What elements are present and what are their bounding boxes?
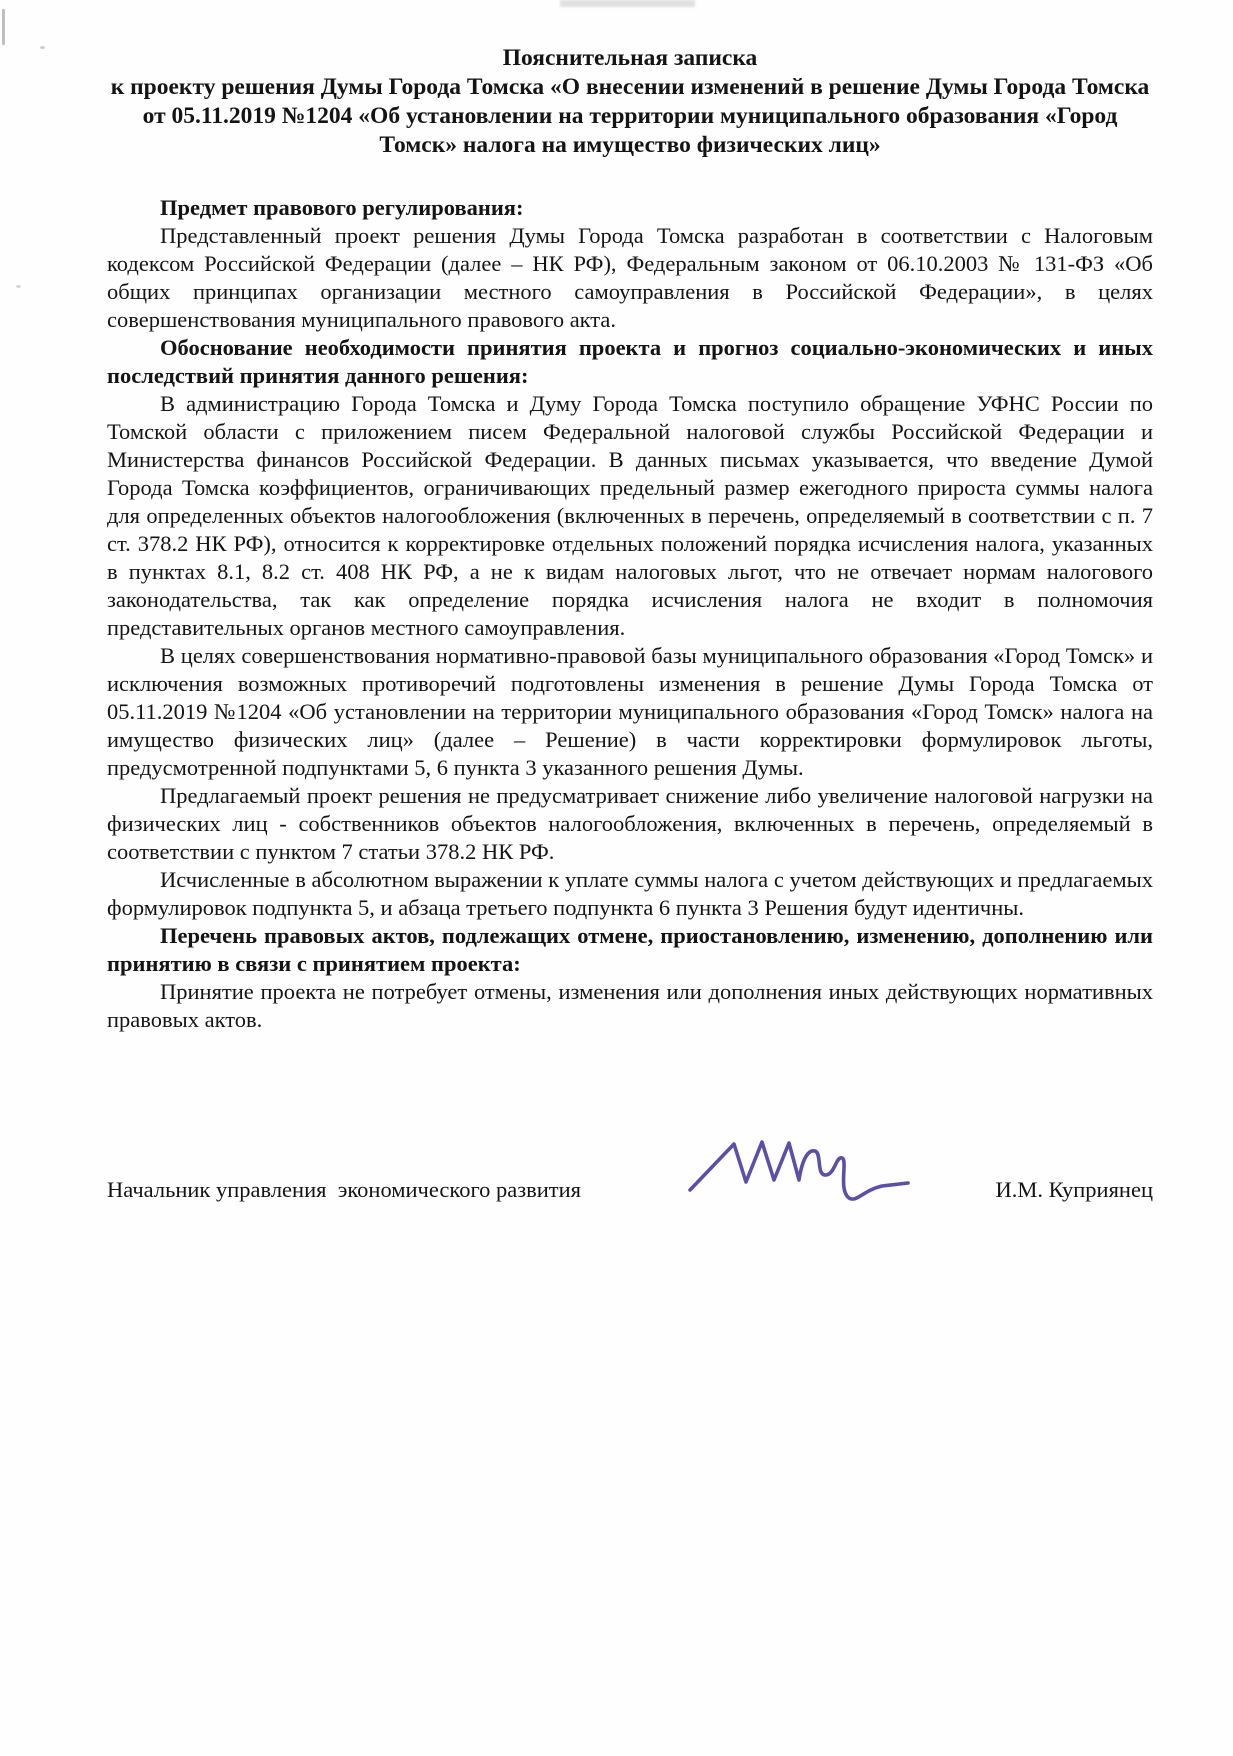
scan-artifact-edge-line [2,9,5,45]
section-heading-list-of-acts: Перечень правовых актов, подлежащих отме… [107,922,1153,978]
scan-artifact-smudge [560,0,695,7]
scan-artifact-speck [40,46,45,49]
handwritten-signature-icon [686,1134,921,1219]
document-title: Пояснительная записка к проекту решения … [107,44,1153,160]
scan-artifact-speck [16,285,21,288]
scanned-document-page: Пояснительная записка к проекту решения … [0,0,1233,1756]
paragraph-appeal-ufns: В администрацию Города Томска и Думу Гор… [107,390,1153,642]
signature-block: Начальник управления экономического разв… [107,1160,1153,1219]
document-body: Предмет правового регулирования: Предста… [107,194,1153,1034]
paragraph-subject-of-regulation: Представленный проект решения Думы Город… [107,222,1153,334]
document-title-subject: к проекту решения Думы Города Томска «О … [111,74,1150,158]
paragraph-no-tax-burden-change: Предлагаемый проект решения не предусмат… [107,782,1153,866]
paragraph-no-other-acts-needed: Принятие проекта не потребует отмены, из… [107,978,1153,1034]
paragraph-improvement-purpose: В целях совершенствования нормативно-пра… [107,642,1153,782]
signature-position-title: Начальник управления экономического разв… [107,1176,581,1204]
section-heading-subject-of-regulation: Предмет правового регулирования: [107,194,1153,222]
signature-name: И.М. Куприянец [996,1176,1153,1204]
document-title-line-1: Пояснительная записка [107,44,1153,73]
paragraph-identical-amounts: Исчисленные в абсолютном выражении к упл… [107,866,1153,922]
section-heading-justification: Обоснование необходимости принятия проек… [107,334,1153,390]
document-content: Пояснительная записка к проекту решения … [107,44,1153,1219]
